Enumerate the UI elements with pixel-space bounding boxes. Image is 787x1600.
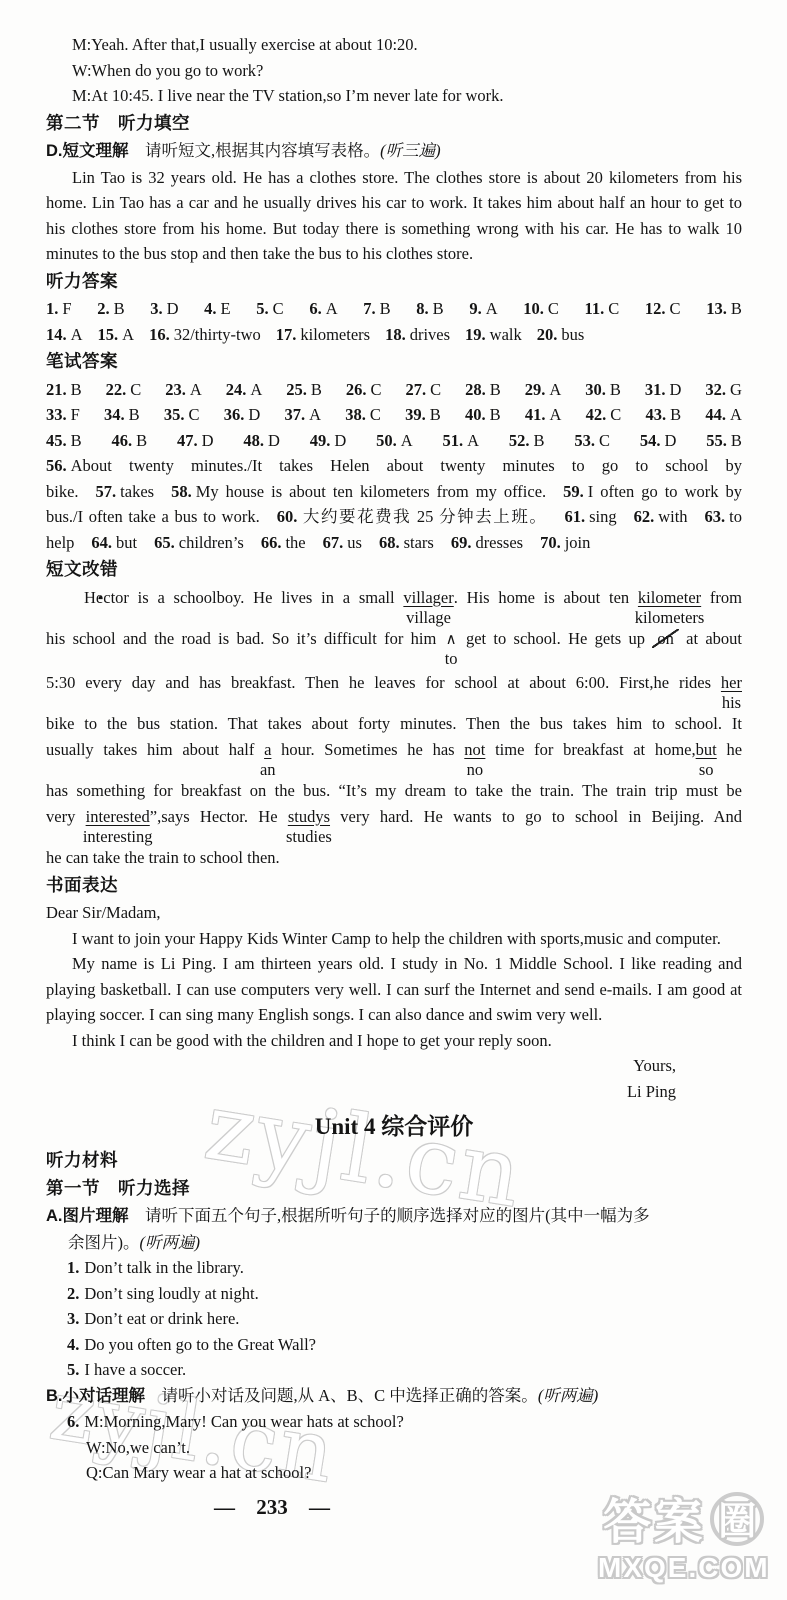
answer-item: 4.E [204,296,230,322]
answer-item: 43.B [645,402,681,428]
answer-item: 66.the [261,533,306,552]
answer-item: 37.A [285,402,322,428]
answer-item: 25.B [286,377,322,403]
answer-item: 21.B [46,377,82,403]
dialogue-question-6: 6.M:Morning,Mary! Can you wear hats at s… [46,1409,742,1435]
answer-item: 15.A [98,325,135,344]
written-answers-row-2: 33.F34.B35.C36.D37.A38.C39.B40.B41.A42.C… [46,402,742,428]
answer-item: 17.kilometers [276,325,370,344]
answer-item: 32.G [705,377,742,403]
written-answers-heading: 笔试答案 [46,349,742,375]
ec-line-5: usually takes him about half aan hour. S… [46,737,742,763]
section-a-text2: 余图片)。 [68,1233,140,1252]
ec-line-2: his school and the road is bad. So it’s … [46,626,742,654]
listening-material-heading: 听力材料 [46,1148,742,1174]
answer-item: 53.C [574,428,610,454]
writing-heading: 书面表达 [46,873,742,899]
section-d-label: D.短文理解 [46,142,129,160]
answer-item: 44.A [705,402,742,428]
letter-signature: Li Ping [46,1079,742,1105]
ec-line-7: very interestedinteresting”,says Hector.… [46,804,742,830]
correction-pair: notno [464,737,485,763]
written-answers-row-3: 45.B46.B47.D48.D49.D50.A51.A52.B53.C54.D… [46,428,742,454]
answer-item: 20.bus [537,325,585,344]
answer-item: 65.children’s [154,533,244,552]
answer-item: 54.D [640,428,677,454]
answer-item: 55.B [706,428,742,454]
answer-item: 3.D [150,296,178,322]
answer-item: 41.A [525,402,562,428]
question-number: 6. [67,1412,84,1431]
answer-item: 38.C [345,402,381,428]
answer-item: 23.A [165,377,202,403]
correction-pair: kilometerkilometers [638,585,701,611]
answer-item: 29.A [525,377,562,403]
listening-answers-row-1: 1.F2.B3.D4.E5.C6.A7.B8.B9.A10.C11.C12.C1… [46,296,742,322]
answer-item: 48.D [243,428,280,454]
answer-item: 35.C [164,402,200,428]
listening-passage: Lin Tao is 32 years old. He has a clothe… [46,165,742,267]
section-b-text: 请听小对话及问题,从 A、B、C 中选择正确的答案。 [145,1386,538,1405]
ec-line-1: •Hector is a schoolboy. He lives in a sm… [46,585,742,611]
numbered-sentence: 4.Do you often go to the Great Wall? [46,1332,742,1358]
answer-item: 28.B [465,377,501,403]
answer-item: 62.with [634,507,688,526]
answer-item: 13.B [706,296,742,322]
answer-item: 40.B [465,402,501,428]
answer-item: 57.takes [96,482,155,501]
question-m-line: M:Morning,Mary! Can you wear hats at sch… [84,1412,403,1431]
section2-heading: 第二节 听力填空 [46,111,742,137]
answer-item: 22.C [106,377,142,403]
answer-item: 6.A [309,296,337,322]
dialogue-line: M:Yeah. After that,I usually exercise at… [46,32,742,58]
section-a-label: A.图片理解 [46,1207,129,1225]
written-answers-row-1: 21.B22.C23.A24.A25.B26.C27.C28.B29.A30.B… [46,377,742,403]
section-d-note: (听三遍) [380,141,441,160]
answer-item: 45.B [46,428,82,454]
answer-item: 2.B [97,296,124,322]
correction-pair: herhis [721,670,742,696]
correction-pair: studysstudies [288,804,330,830]
answer-item: 50.A [376,428,413,454]
written-answers-flow: 56.About twenty minutes./It takes Helen … [46,453,742,555]
letter-paragraph: I want to join your Happy Kids Winter Ca… [46,926,742,952]
answer-item: 26.C [346,377,382,403]
answer-item: 68.stars [379,533,434,552]
answer-item: 19.walk [465,325,522,344]
insertion-caret: ∧to [444,626,459,654]
section-a-intro: A.图片理解 请听下面五个句子,根据所听句子的顺序选择对应的图片(其中一幅为多余… [46,1203,742,1255]
section-d-intro: D.短文理解 请听短文,根据其内容填写表格。(听三遍) [46,138,742,165]
page-number: — 233 — [214,1495,742,1521]
numbered-sentence: 3.Don’t eat or drink here. [46,1306,742,1332]
answer-item: 60.大约要花费我 25 分钟去上班。 [277,507,548,526]
answer-item: 27.C [405,377,441,403]
answer-item: 33.F [46,402,80,428]
answer-item: 42.C [586,402,622,428]
answer-item: 24.A [226,377,263,403]
bullet-mark: • [60,585,103,611]
error-correction-heading: 短文改错 [46,557,742,583]
correction-pair: villagervillage [403,585,453,611]
section-b-note: (听两遍) [538,1386,599,1405]
unit4-title: Unit 4 综合评价 [46,1111,742,1143]
ec-line-6: has something for breakfast on the bus. … [46,778,742,804]
answer-item: 36.D [224,402,261,428]
answer-item: 18.drives [385,325,450,344]
ec-line-8: he can take the train to school then. [46,845,742,871]
dialogue-line: W:When do you go to work? [46,58,742,84]
correction-pair: interestedinteresting [86,804,150,830]
listening-answers-heading: 听力答案 [46,269,742,295]
answer-item: 61.sing [564,507,616,526]
section-d-text: 请听短文,根据其内容填写表格。 [129,141,381,160]
answer-item: 10.C [523,296,559,322]
answer-item: 49.D [310,428,347,454]
page-content: M:Yeah. After that,I usually exercise at… [46,32,742,1520]
answer-item: 67.us [323,533,362,552]
answer-item: 30.B [585,377,621,403]
section-b-label: B.小对话理解 [46,1387,145,1405]
answer-item: 8.B [416,296,443,322]
sentence-list: 1.Don’t talk in the library.2.Don’t sing… [46,1255,742,1383]
answer-item: 12.C [645,296,681,322]
numbered-sentence: 5.I have a soccer. [46,1357,742,1383]
answer-item: 16.32/thirty-two [149,325,261,344]
answer-item: 31.D [645,377,682,403]
answer-item: 70.join [540,533,590,552]
correction-pair: butso [696,737,717,763]
logo-domain-text: MXQE.COM [598,1555,770,1581]
answer-item: 11.C [585,296,620,322]
answer-item: 64.but [91,533,137,552]
section-a-note: (听两遍) [140,1233,201,1252]
answer-item: 46.B [111,428,147,454]
answer-item: 47.D [177,428,214,454]
answer-item: 7.B [363,296,390,322]
correction-pair: aan [264,737,271,763]
listening-answers-row-2: 14.A15.A16.32/thirty-two17.kilometers18.… [46,322,742,348]
numbered-sentence: 1.Don’t talk in the library. [46,1255,742,1281]
numbered-sentence: 2.Don’t sing loudly at night. [46,1281,742,1307]
letter-closing: Yours, [46,1053,742,1079]
answer-item: 14.A [46,325,83,344]
section1-heading: 第一节 听力选择 [46,1176,742,1202]
answer-item: 51.A [443,428,480,454]
letter-paragraph: I think I can be good with the children … [46,1028,742,1054]
ec-line-4: bike to the bus station. That takes abou… [46,711,742,737]
section-a-text1: 请听下面五个句子,根据所听句子的顺序选择对应的图片(其中一幅为多 [129,1206,650,1225]
dialogue-q-line: Q:Can Mary wear a hat at school? [46,1460,742,1486]
answer-item: 1.F [46,296,72,322]
answer-item: 9.A [469,296,497,322]
answer-item: 5.C [256,296,283,322]
answer-item: 58.My house is about ten kilometers from… [171,482,546,501]
ec-line-3: 5:30 every day and has breakfast. Then h… [46,670,742,696]
answer-item: 69.dresses [451,533,523,552]
answer-item: 39.B [405,402,441,428]
answer-item: 34.B [104,402,140,428]
answer-item: 52.B [509,428,545,454]
dialogue-line: M:At 10:45. I live near the TV station,s… [46,83,742,109]
letter-salutation: Dear Sir/Madam, [46,900,742,926]
letter-paragraph: My name is Li Ping. I am thirteen years … [46,951,742,1028]
deletion-mark: on [652,626,679,652]
dialogue-w-line: W:No,we can’t. [46,1435,742,1461]
section-b-intro: B.小对话理解 请听小对话及问题,从 A、B、C 中选择正确的答案。(听两遍) [46,1383,742,1410]
